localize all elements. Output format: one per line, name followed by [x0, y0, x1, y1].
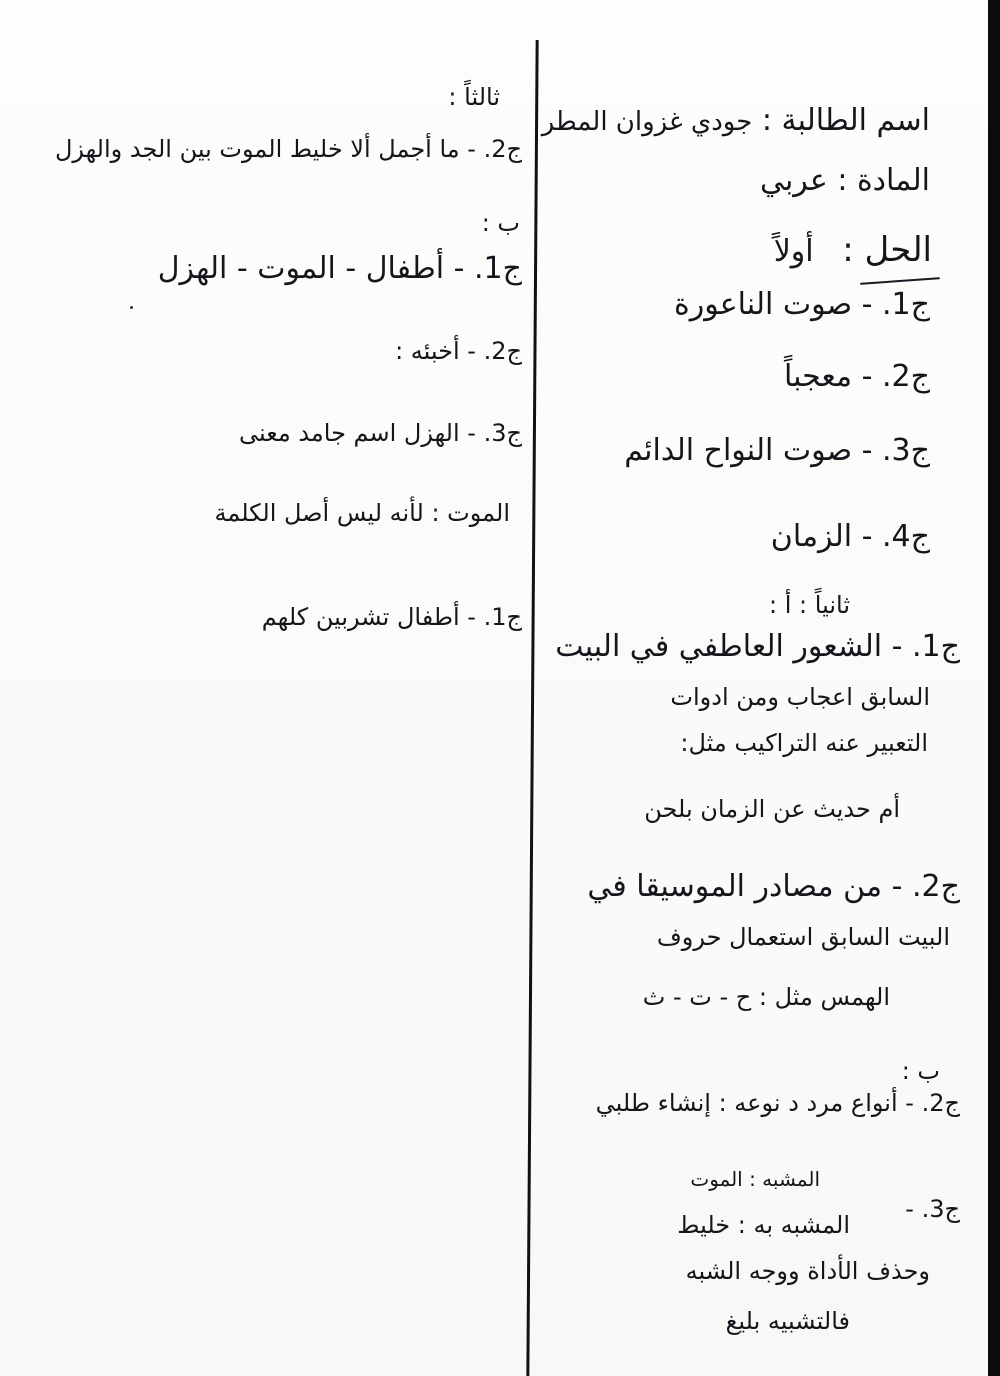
section-two-a-answer-2-line-3: الهمس مثل : ح - ت - ث — [643, 984, 890, 1010]
section-two-b-answer-3-line-4: فالتشبيه بليغ — [726, 1308, 850, 1334]
section-two-b-answer-3-line-1: المشبه : الموت — [690, 1168, 820, 1190]
section-one-answer-1: ج1. - صوت الناعورة — [674, 288, 930, 321]
scan-edge-strip — [988, 0, 1000, 1376]
section-two-a-heading: ثانياً : أ : — [769, 592, 850, 618]
section-one-label: أولاً — [774, 234, 814, 269]
subject-row: المادة : عربي — [760, 164, 930, 197]
answer-sheet-page: اسم الطالبة : جودي غزوان المطر المادة : … — [0, 0, 1000, 1376]
student-name-value: جودي غزوان المطر — [542, 107, 753, 137]
section-three-b-answer-3: ج3. - الهزل اسم جامد معنى — [239, 420, 522, 446]
section-two-a-answer-1-line-2: السابق اعجاب ومن ادوات — [670, 684, 930, 710]
section-two-b-answer-3-line-2: المشبه به : خليط — [677, 1212, 850, 1238]
column-divider — [526, 40, 538, 1376]
section-three-a-answer-2: ج2. - ما أجمل ألا خليط الموت بين الجد وا… — [55, 136, 522, 162]
section-three-b-answer-4: ج1. - أطفال تشربين كلهم — [262, 604, 522, 630]
section-two-a-answer-2-line-2: البيت السابق استعمال حروف — [657, 924, 950, 950]
section-two-b-heading: ب : — [902, 1058, 940, 1084]
section-three-b-note: الموت : لأنه ليس أصل الكلمة — [214, 500, 510, 526]
section-two-b-answer-3-line-3: وحذف الأداة ووجه الشبه — [686, 1258, 930, 1284]
section-two-a-answer-1-line-1: ج1. - الشعور العاطفي في البيت — [555, 630, 960, 663]
section-one-answer-4: ج4. - الزمان — [771, 520, 930, 553]
solution-label: الحل : — [842, 230, 932, 270]
section-two-b-answer-2: ج2. - أنواع مرد د نوعه : إنشاء طلبي — [596, 1090, 960, 1116]
solution-underline — [860, 277, 940, 285]
subject-value: عربي — [760, 163, 828, 198]
student-name-row: اسم الطالبة : جودي غزوان المطر — [542, 104, 930, 137]
section-two-a-answer-2-line-1: ج2. - من مصادر الموسيقا في — [587, 870, 960, 903]
solution-heading: الحل : أولاً — [774, 232, 932, 269]
section-two-a-answer-1-line-3: التعبير عنه التراكيب مثل: — [680, 730, 928, 756]
section-one-answer-3: ج3. - صوت النواح الدائم — [624, 434, 930, 467]
section-three-b-answer-1: ج1. - أطفال - الموت - الهزل — [158, 252, 522, 285]
section-one-answer-2: ج2. - معجباً — [784, 360, 930, 393]
section-two-b-answer-3-number: ج3. - — [905, 1196, 960, 1222]
section-three-b-heading: ب : — [482, 210, 520, 236]
section-three-b-answer-2: ج2. - أخبئه : — [395, 338, 522, 364]
subject-label: المادة : — [837, 163, 930, 198]
section-two-a-answer-1-line-4: أم حديث عن الزمان بلحن — [644, 796, 900, 822]
section-three-heading: ثالثاً : — [448, 84, 500, 110]
stray-ink-dot — [130, 306, 133, 309]
student-name-label: اسم الطالبة : — [762, 103, 930, 138]
